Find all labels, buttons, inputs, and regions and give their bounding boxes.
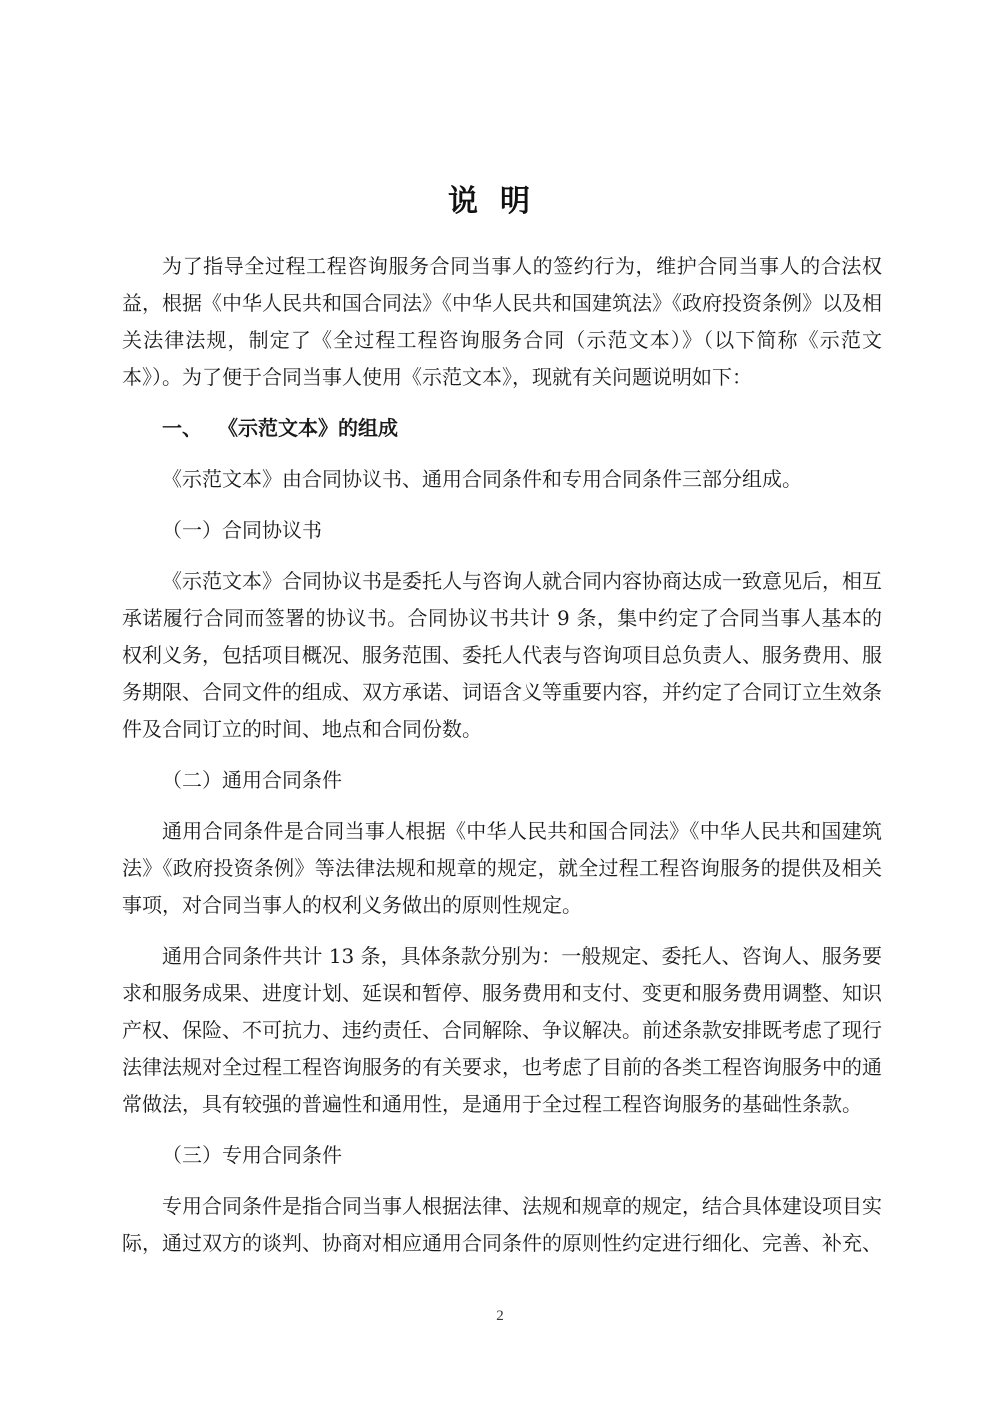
page-number: 2 [0,1308,1000,1325]
general-conditions-paragraph-1: 通用合同条件是合同当事人根据《中华人民共和国合同法》《中华人民共和国建筑法》《政… [122,813,882,924]
subsection-heading-agreement: （一）合同协议书 [122,512,882,549]
document-page: 说明 为了指导全过程工程咨询服务合同当事人的签约行为，维护合同当事人的合法权益，… [0,0,1000,1414]
document-body: 为了指导全过程工程咨询服务合同当事人的签约行为，维护合同当事人的合法权益，根据《… [122,248,882,1276]
subsection-heading-special-conditions: （三）专用合同条件 [122,1137,882,1174]
subsection-heading-general-conditions: （二）通用合同条件 [122,762,882,799]
intro-paragraph: 为了指导全过程工程咨询服务合同当事人的签约行为，维护合同当事人的合法权益，根据《… [122,248,882,396]
special-conditions-paragraph-1: 专用合同条件是指合同当事人根据法律、法规和规章的规定，结合具体建设项目实际，通过… [122,1188,882,1262]
composition-paragraph: 《示范文本》由合同协议书、通用合同条件和专用合同条件三部分组成。 [122,461,882,498]
section-heading-composition: 一、《示范文本》的组成 [122,410,882,447]
section-title: 《示范文本》的组成 [218,416,398,440]
section-number: 一、 [162,410,218,447]
page-title: 说明 [0,182,1000,222]
general-conditions-paragraph-2: 通用合同条件共计 13 条，具体条款分别为：一般规定、委托人、咨询人、服务要求和… [122,938,882,1123]
agreement-paragraph: 《示范文本》合同协议书是委托人与咨询人就合同内容协商达成一致意见后，相互承诺履行… [122,563,882,748]
